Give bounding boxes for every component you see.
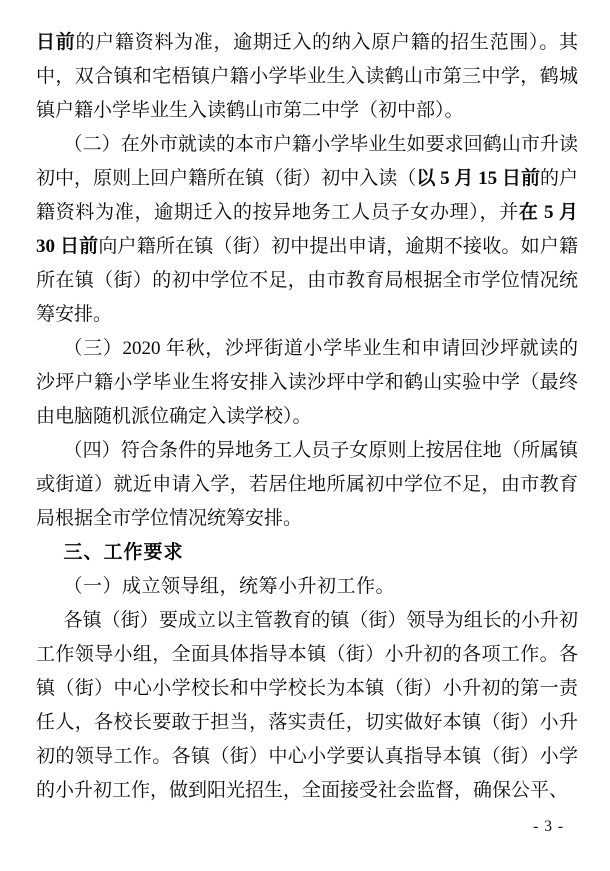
para-body-leadership: 各镇（街）要成立以主管教育的镇（街）领导为组长的小升初工作领导小组，全面具体指导… bbox=[36, 604, 578, 808]
page-number: - 3 - bbox=[533, 817, 564, 837]
heading-section-3: 三、工作要求 bbox=[36, 536, 578, 570]
text-run: 的户籍资料为准，逾期迁入的纳入原户籍的招生范围）。其中，双合镇和宅梧镇户籍小学毕… bbox=[36, 32, 578, 121]
text-run: 各镇（街）要成立以主管教育的镇（街）领导为组长的小升初工作领导小组，全面具体指导… bbox=[36, 610, 578, 801]
text-run: 向户籍所在镇（街）初中提出申请，逾期不接收。如户籍所在镇（街）的初中学位不足，由… bbox=[36, 236, 578, 325]
para-item-2: （二）在外市就读的本市户籍小学毕业生如要求回鹤山市升读初中，原则上回户籍所在镇（… bbox=[36, 128, 578, 332]
subheading-item-1: （一）成立领导组，统筹小升初工作。 bbox=[36, 570, 578, 604]
para-item-3: （三）2020 年秋，沙坪街道小学毕业生和申请回沙坪就读的沙坪户籍小学毕业生将安… bbox=[36, 332, 578, 434]
document-body: 日前的户籍资料为准，逾期迁入的纳入原户籍的招生范围）。其中，双合镇和宅梧镇户籍小… bbox=[36, 26, 578, 808]
text-run: （三）2020 年秋，沙坪街道小学毕业生和申请回沙坪就读的沙坪户籍小学毕业生将安… bbox=[36, 338, 578, 427]
bold-text-run: 三、工作要求 bbox=[64, 542, 184, 563]
document-page: 日前的户籍资料为准，逾期迁入的纳入原户籍的招生范围）。其中，双合镇和宅梧镇户籍小… bbox=[0, 0, 610, 871]
bold-text-run: 日前 bbox=[36, 32, 75, 53]
para-item-4: （四）符合条件的异地务工人员子女原则上按居住地（所属镇或街道）就近申请入学，若居… bbox=[36, 434, 578, 536]
text-run: （一）成立领导组，统筹小升初工作。 bbox=[64, 576, 396, 597]
bold-text-run: 以 5 月 15 日前 bbox=[416, 168, 540, 189]
text-run: （四）符合条件的异地务工人员子女原则上按居住地（所属镇或街道）就近申请入学，若居… bbox=[36, 440, 578, 529]
para-continuation-from-previous-page: 日前的户籍资料为准，逾期迁入的纳入原户籍的招生范围）。其中，双合镇和宅梧镇户籍小… bbox=[36, 26, 578, 128]
